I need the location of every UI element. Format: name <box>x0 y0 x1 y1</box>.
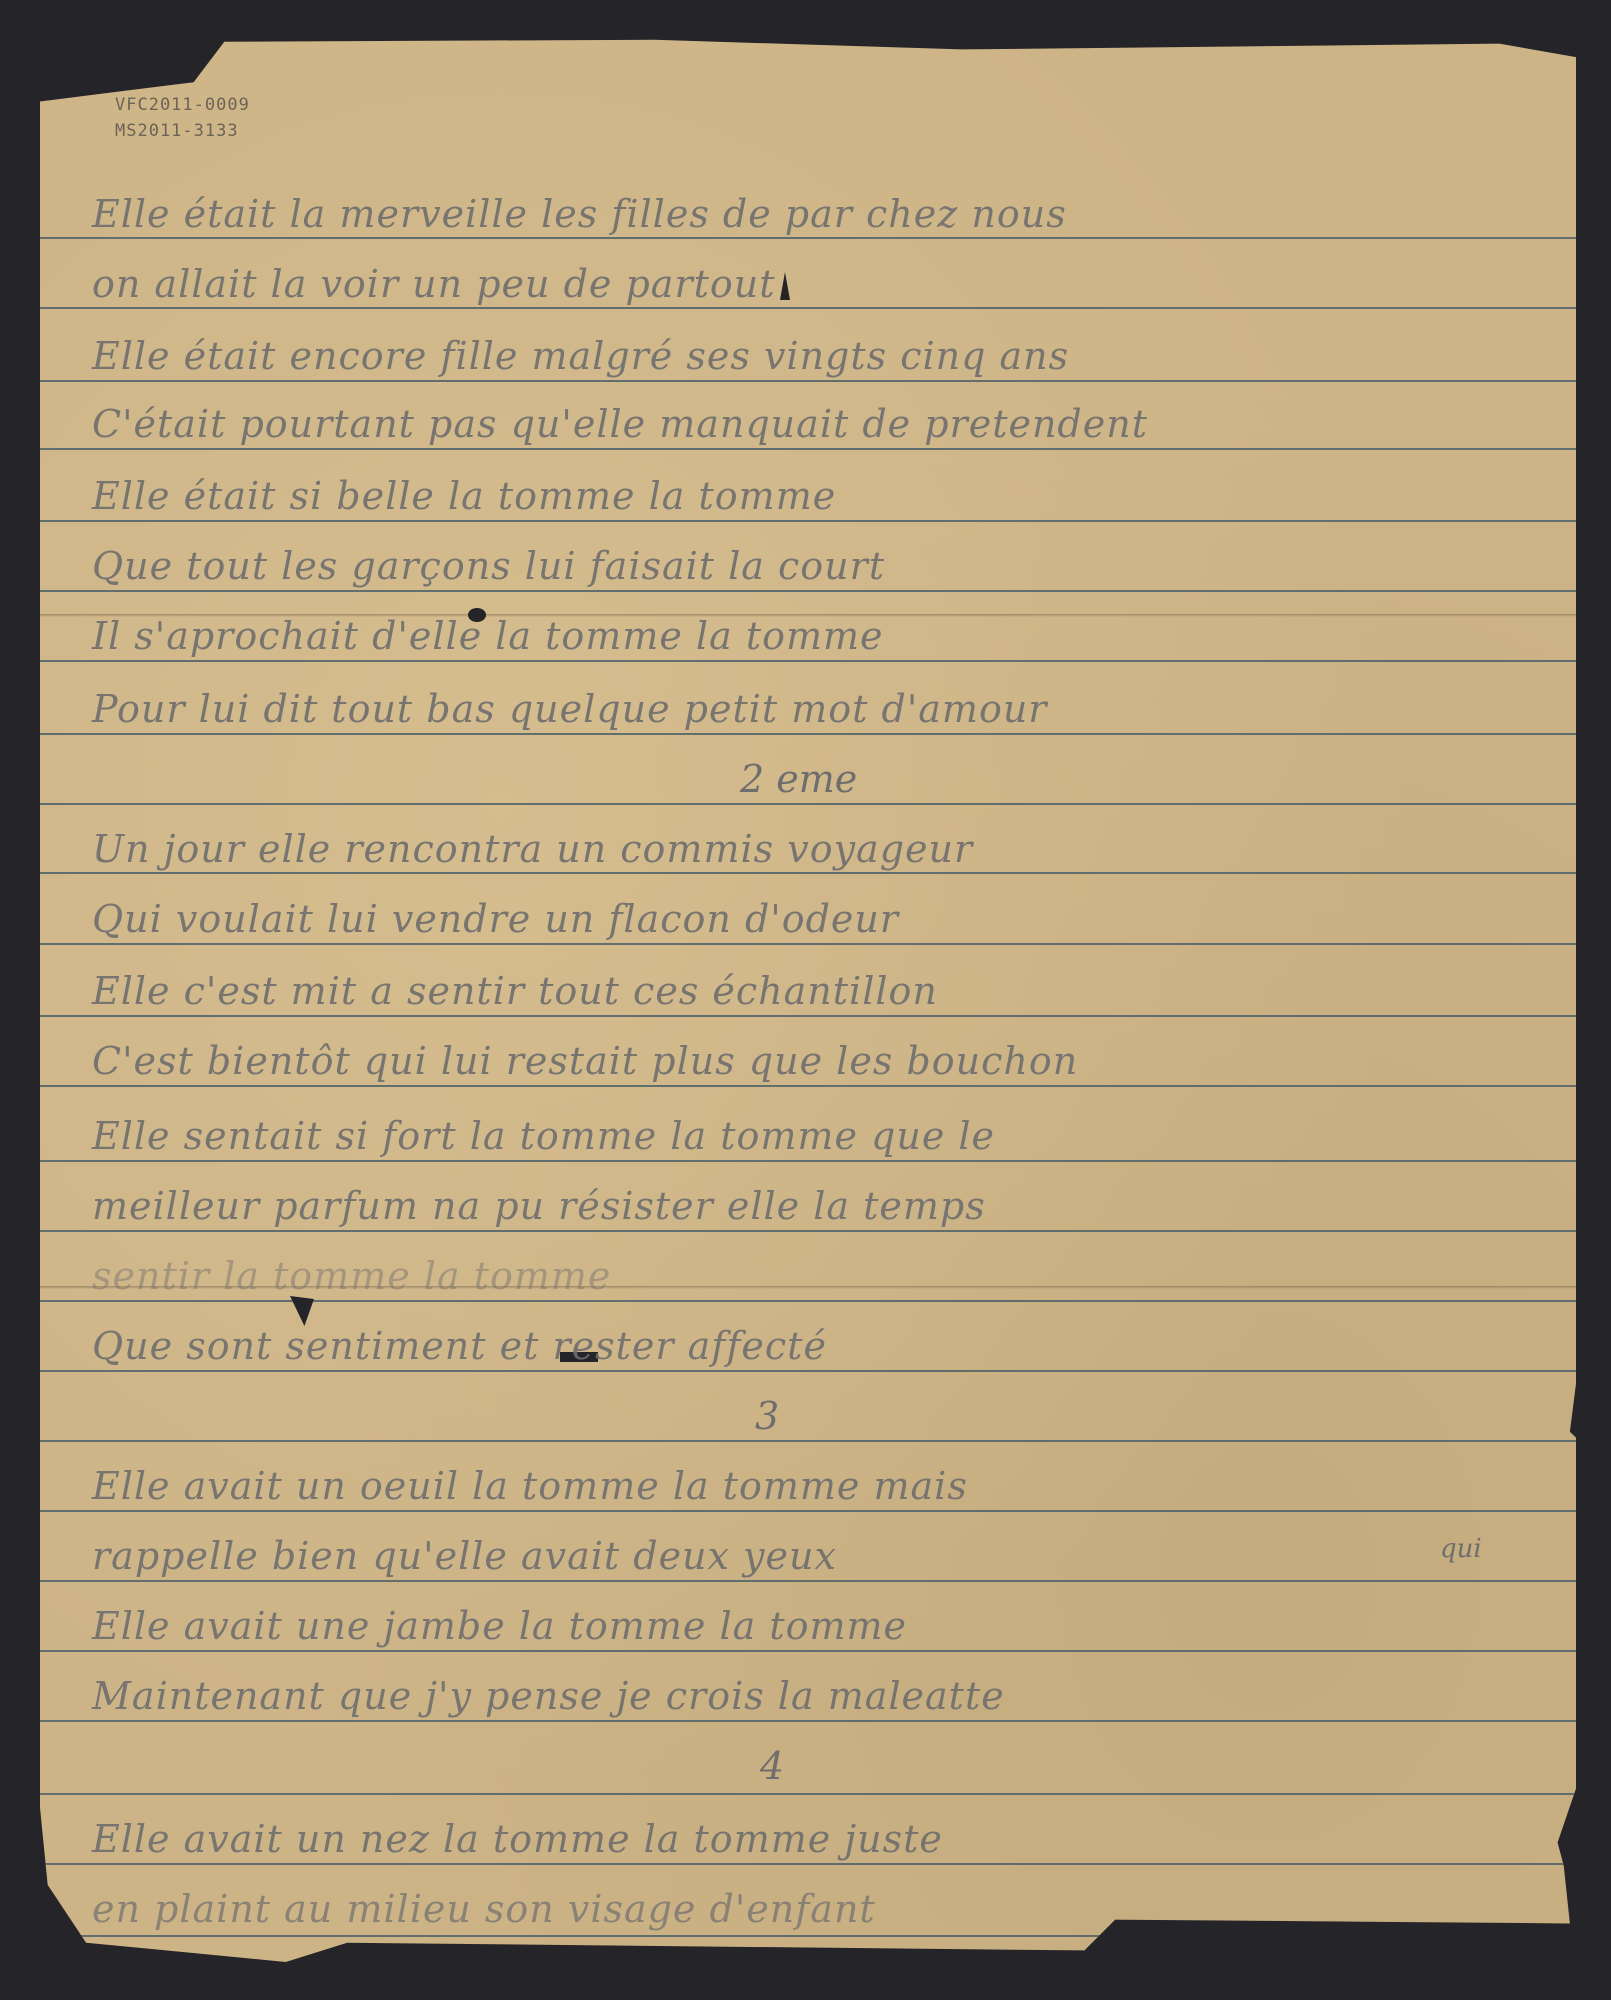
ruled-line <box>40 733 1576 735</box>
ruled-line <box>40 1230 1576 1232</box>
ruled-line <box>40 1793 1576 1795</box>
ruled-line <box>40 307 1576 309</box>
catalog-numbers: VFC2011-0009 MS2011-3133 <box>115 92 250 144</box>
catalog-number-1: VFC2011-0009 <box>115 92 250 118</box>
ruled-line <box>40 590 1576 592</box>
verse-2-line-2: Qui voulait lui vendre un flacon d'odeur <box>92 897 1536 941</box>
ruled-line <box>40 1015 1576 1017</box>
verse-2-line-4: C'est bientôt qui lui restait plus que l… <box>92 1039 1536 1083</box>
ruled-line <box>40 1440 1576 1442</box>
ruled-line <box>40 1300 1576 1302</box>
ruled-line <box>40 803 1576 805</box>
verse-4-heading: 4 <box>760 1744 784 1788</box>
verse-2-line-3: Elle c'est mit a sentir tout ces échanti… <box>92 969 1536 1013</box>
ruled-line <box>40 1160 1576 1162</box>
paper-hole <box>290 1296 314 1326</box>
ruled-line <box>40 943 1576 945</box>
verse-1-line-2: on allait la voir un peu de partout <box>92 262 1536 306</box>
verse-1-line-1: Elle était la merveille les filles de pa… <box>92 192 1536 236</box>
ruled-line <box>40 237 1576 239</box>
verse-1-line-5: Elle était si belle la tomme la tomme <box>92 474 1536 518</box>
ruled-line <box>40 1510 1576 1512</box>
verse-3-line-1: Elle avait un oeuil la tomme la tomme ma… <box>92 1464 1536 1508</box>
ruled-line <box>40 660 1576 662</box>
ruled-line <box>40 1935 1576 1937</box>
verse-3-line-4: Maintenant que j'y pense je crois la mal… <box>92 1674 1536 1718</box>
verse-2-line-7: sentir la tomme la tomme <box>92 1254 1536 1298</box>
verse-3-line-2: rappelle bien qu'elle avait deux yeux <box>92 1534 1536 1578</box>
verse-4-line-2: en plaint au milieu son visage d'enfant <box>92 1887 1536 1931</box>
verse-1-line-3: Elle était encore fille malgré ses vingt… <box>92 334 1536 378</box>
verse-1-line-7: Il s'aprochait d'elle la tomme la tomme <box>92 614 1536 658</box>
verse-2-line-1: Un jour elle rencontra un commis voyageu… <box>92 827 1536 871</box>
ruled-line <box>40 448 1576 450</box>
manuscript-page: VFC2011-0009 MS2011-3133 Elle était la m… <box>40 34 1576 1962</box>
verse-3-line-3: Elle avait une jambe la tomme la tomme <box>92 1604 1536 1648</box>
ruled-line <box>40 520 1576 522</box>
ruled-line <box>40 380 1576 382</box>
verse-3-heading: 3 <box>755 1394 779 1438</box>
catalog-number-2: MS2011-3133 <box>115 118 250 144</box>
verse-1-line-4: C'était pourtant pas qu'elle manquait de… <box>92 402 1536 446</box>
verse-2-line-6: meilleur parfum na pu résister elle la t… <box>92 1184 1536 1228</box>
verse-2-line-5: Elle sentait si fort la tomme la tomme q… <box>92 1114 1536 1158</box>
ruled-line <box>40 1580 1576 1582</box>
ruled-line <box>40 1650 1576 1652</box>
ruled-line <box>40 1370 1576 1372</box>
verse-4-line-1: Elle avait un nez la tomme la tomme just… <box>92 1817 1536 1861</box>
ruled-line <box>40 1720 1576 1722</box>
ruled-line <box>40 1085 1576 1087</box>
verse-1-line-8: Pour lui dit tout bas quelque petit mot … <box>92 687 1536 731</box>
verse-1-line-6: Que tout les garçons lui faisait la cour… <box>92 544 1536 588</box>
ruled-line <box>40 872 1576 874</box>
verse-2-line-8: Que sont sentiment et rester affecté <box>92 1324 1536 1368</box>
verse-2-heading: 2 eme <box>740 757 857 801</box>
ruled-line <box>40 1863 1576 1865</box>
